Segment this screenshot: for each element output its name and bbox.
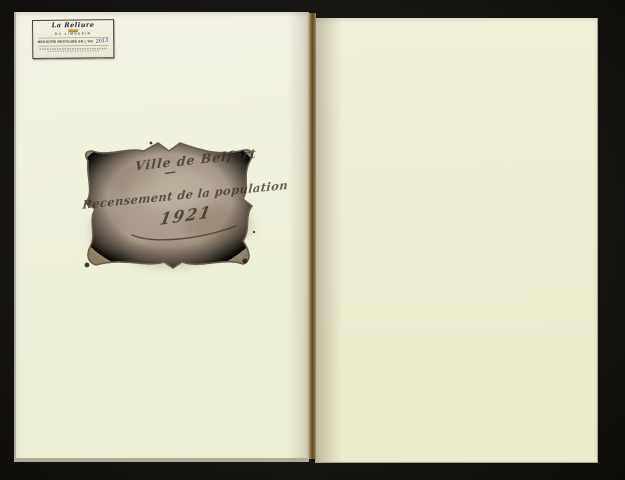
scanned-register-cover: La Reliure DU LIMOUSIN REGISTRE RESTAURÉ… — [0, 0, 625, 480]
gutter-shadow-right — [316, 18, 342, 462]
gutter-shadow-left — [288, 12, 308, 458]
fine-print-line — [47, 50, 99, 52]
binder-name: La Reliure — [52, 22, 95, 29]
restored-text: REGISTRE RESTAURÉ EN L'AN — [38, 40, 93, 45]
handwritten-separator: — — [159, 164, 181, 181]
binder-subtitle: DU LIMOUSIN — [55, 32, 91, 36]
restored-year: 2013 — [96, 38, 109, 44]
restoration-label: La Reliure DU LIMOUSIN REGISTRE RESTAURÉ… — [32, 19, 114, 59]
title-label: Ville de Belfort — Recensement de la pop… — [78, 137, 260, 277]
restored-row: REGISTRE RESTAURÉ EN L'AN 2013 — [38, 39, 109, 45]
right-page — [316, 18, 597, 462]
divider — [38, 45, 108, 46]
binding-gutter — [308, 13, 316, 459]
